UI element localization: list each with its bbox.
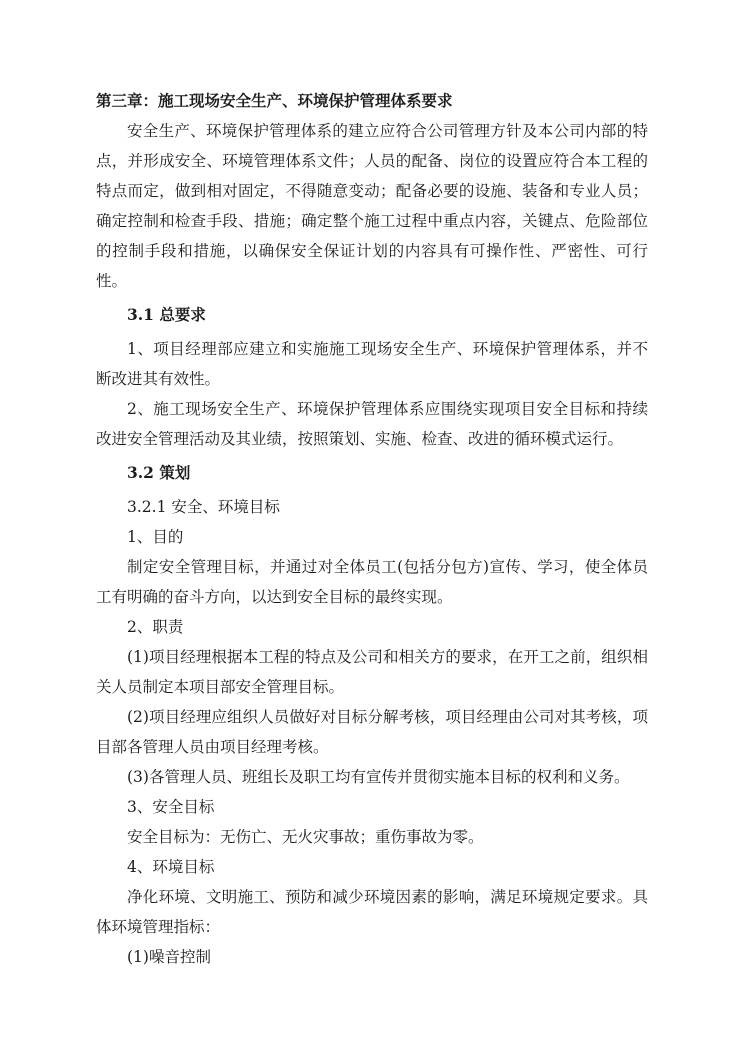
paragraph: (2)项目经理应组织人员做好对目标分解考核，项目经理由公司对其考核，项目部各管理…: [96, 702, 648, 762]
paragraph: 4、环境目标: [96, 852, 648, 882]
paragraph: (1)噪音控制: [96, 942, 648, 972]
paragraph: 1、目的: [96, 522, 648, 552]
paragraph: (1)项目经理根据本工程的特点及公司和相关方的要求，在开工之前，组织相关人员制定…: [96, 642, 648, 702]
paragraph: 1、项目经理部应建立和实施施工现场安全生产、环境保护管理体系，并不断改进其有效性…: [96, 334, 648, 394]
document-page: 第三章：施工现场安全生产、环境保护管理体系要求安全生产、环境保护管理体系的建立应…: [0, 0, 744, 1052]
section-heading: 3.1 总要求: [96, 300, 648, 330]
paragraph: 安全生产、环境保护管理体系的建立应符合公司管理方针及本公司内部的特点，并形成安全…: [96, 116, 648, 296]
section-heading: 3.2 策划: [96, 458, 648, 488]
document-body: 第三章：施工现场安全生产、环境保护管理体系要求安全生产、环境保护管理体系的建立应…: [96, 86, 648, 972]
paragraph: (3)各管理人员、班组长及职工均有宣传并贯彻实施本目标的权利和义务。: [96, 762, 648, 792]
paragraph: 制定安全管理目标，并通过对全体员工(包括分包方)宣传、学习，使全体员工有明确的奋…: [96, 552, 648, 612]
paragraph: 2、职责: [96, 612, 648, 642]
paragraph: 2、施工现场安全生产、环境保护管理体系应围绕实现项目安全目标和持续改进安全管理活…: [96, 394, 648, 454]
paragraph: 安全目标为：无伤亡、无火灾事故；重伤事故为零。: [96, 822, 648, 852]
paragraph: 3.2.1 安全、环境目标: [96, 492, 648, 522]
doc-title: 第三章：施工现场安全生产、环境保护管理体系要求: [96, 86, 648, 116]
paragraph: 3、安全目标: [96, 792, 648, 822]
paragraph: 净化环境、文明施工、预防和减少环境因素的影响，满足环境规定要求。具体环境管理指标…: [96, 882, 648, 942]
